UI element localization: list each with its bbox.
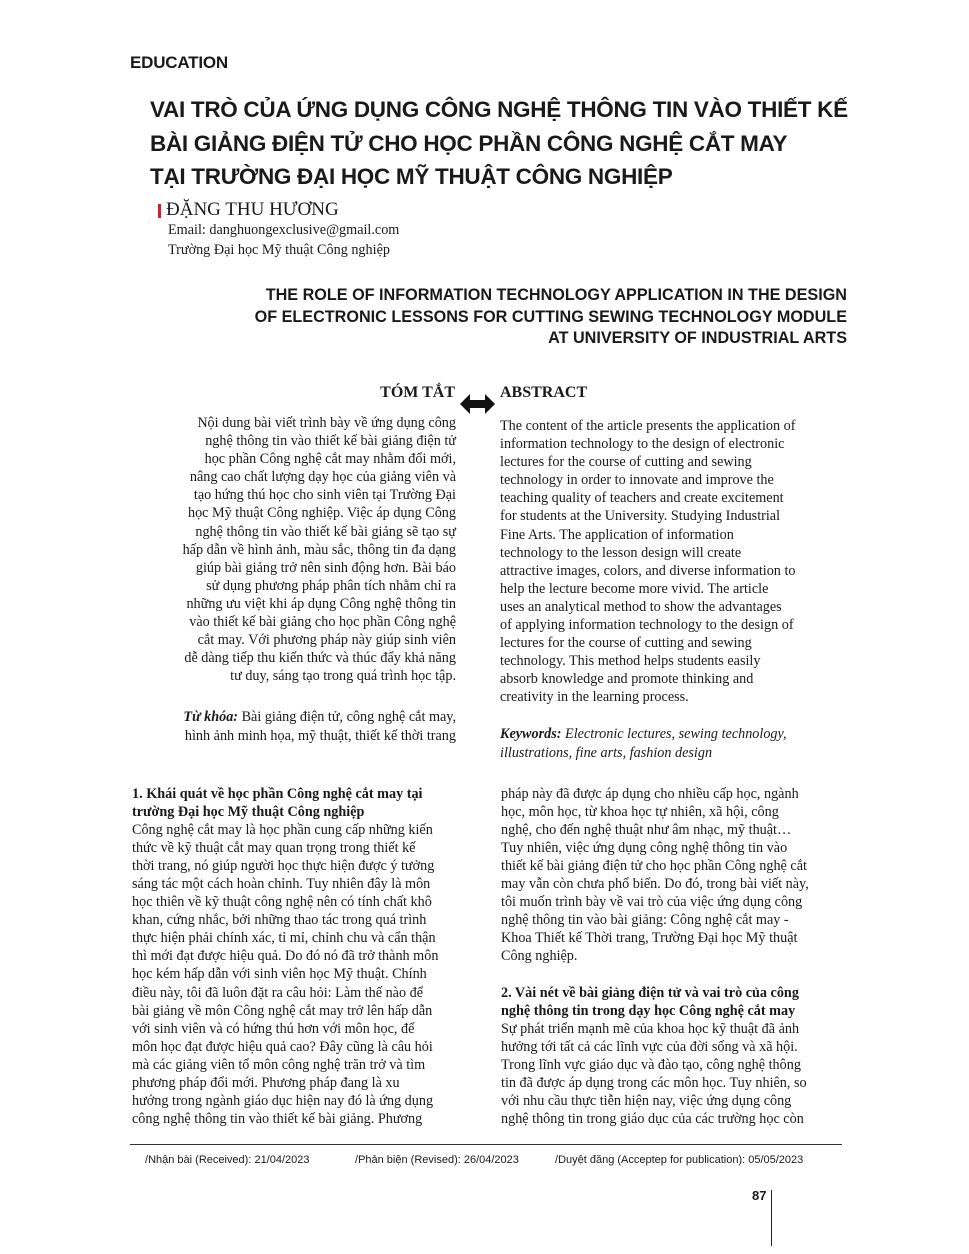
title-line: THE ROLE OF INFORMATION TECHNOLOGY APPLI… <box>147 285 847 307</box>
body-column-left: 1. Khái quát về học phần Công nghệ cắt m… <box>132 785 472 1128</box>
abstract-line: nâng cao chất lượng dạy học của giảng vi… <box>140 468 456 486</box>
author-accent-bar <box>158 204 161 218</box>
keywords-english: Keywords: Electronic lectures, sewing te… <box>500 725 845 763</box>
abstract-line: absorb knowledge and promote thinking an… <box>500 670 845 688</box>
section-heading: nghệ thông tin trong dạy học Công nghệ c… <box>501 1002 841 1020</box>
title-line: BÀI GIẢNG ĐIỆN TỬ CHO HỌC PHẦN CÔNG NGHỆ… <box>150 127 870 161</box>
abstract-line: help the lecture become more vivid. The … <box>500 580 845 598</box>
body-line: may vẫn còn chưa phổ biến. Do đó, trong … <box>501 875 841 893</box>
abstract-line: học phần Công nghệ cắt may nhằm đổi mới, <box>140 450 456 468</box>
abstract-line: of applying information technology to th… <box>500 616 845 634</box>
received-date: /Nhận bài (Received): 21/04/2023 <box>145 1154 310 1166</box>
abstract-line: sử dụng phương pháp phân tích nhằm chỉ r… <box>140 577 456 595</box>
body-line: môn học đạt được hiệu quả cao? Đây cũng … <box>132 1038 472 1056</box>
section-label: EDUCATION <box>130 53 228 73</box>
body-line: thực hiện phải chính xác, tỉ mỉ, chỉnh c… <box>132 929 472 947</box>
abstract-line: nghệ thông tin vào thiết kế bài giảng sẽ… <box>140 523 456 541</box>
body-column-right: pháp này đã được áp dụng cho nhiều cấp h… <box>501 785 841 965</box>
keywords-text: Electronic lectures, sewing technology, <box>561 726 786 742</box>
title-line: VAI TRÒ CỦA ỨNG DỤNG CÔNG NGHỆ THÔNG TIN… <box>150 93 870 127</box>
title-line: OF ELECTRONIC LESSONS FOR CUTTING SEWING… <box>147 307 847 329</box>
received-text: Nhận bài (Received): 21/04/2023 <box>148 1154 309 1166</box>
body-line: thức về kỹ thuật cắt may quan trọng tron… <box>132 839 472 857</box>
body-line: Công nghiệp. <box>501 947 841 965</box>
abstract-line: The content of the article presents the … <box>500 417 845 435</box>
footer-divider <box>130 1144 842 1145</box>
abstract-line: technology in order to innovate and impr… <box>500 471 845 489</box>
section-2: 2. Vài nét về bài giảng điện tử và vai t… <box>501 984 841 1128</box>
abstract-line: creativity in the learning process. <box>500 688 845 706</box>
body-line: học thiên về kỹ thuật công nghệ nên có t… <box>132 893 472 911</box>
abstract-line: nghệ thông tin vào thiết kế bài giảng đi… <box>140 432 456 450</box>
body-line: Sự phát triển mạnh mẽ của khoa học kỹ th… <box>501 1020 841 1038</box>
section-heading: 1. Khái quát về học phần Công nghệ cắt m… <box>132 785 472 803</box>
body-line: sáng tác một cách hoàn chỉnh. Tuy nhiên … <box>132 875 472 893</box>
abstract-line: giúp bài giảng trở nên sinh động hơn. Bà… <box>140 559 456 577</box>
abstract-heading-english: ABSTRACT <box>500 384 587 402</box>
abstract-line: dễ dàng tiếp thu kiến thức và thúc đẩy k… <box>140 649 456 667</box>
keywords-vietnamese: Từ khóa: Bài giảng điện tử, công nghệ cắ… <box>140 708 456 746</box>
section-heading: 2. Vài nét về bài giảng điện tử và vai t… <box>501 984 841 1002</box>
author-name: ĐẶNG THU HƯƠNG <box>166 199 399 221</box>
keywords-label: Từ khóa: <box>183 709 238 725</box>
body-line: Trong lĩnh vực giáo dục và đào tạo, công… <box>501 1056 841 1074</box>
body-line: điều này, tôi đã luôn đặt ra câu hỏi: Là… <box>132 984 472 1002</box>
body-line: hưởng tới tất cả các lĩnh vực của đời số… <box>501 1038 841 1056</box>
body-line: hướng trong ngành giáo dục hiện nay đó l… <box>132 1092 472 1110</box>
abstract-line: attractive images, colors, and diverse i… <box>500 562 845 580</box>
page-number-rule <box>771 1190 772 1246</box>
body-line: mà các giảng viên tổ môn công nghệ trăn … <box>132 1056 472 1074</box>
body-line: với sinh viên và có hứng thú hơn với môn… <box>132 1020 472 1038</box>
abstract-line: lectures for the course of cutting and s… <box>500 453 845 471</box>
keywords-text: hình ảnh minh họa, mỹ thuật, thiết kế th… <box>140 727 456 746</box>
body-line: Tuy nhiên, việc ứng dụng công nghệ thông… <box>501 839 841 857</box>
body-line: nghệ thông tin vào bài giảng: Công nghệ … <box>501 911 841 929</box>
body-line: nghệ, cho đến nghệ thuật như âm nhạc, mỹ… <box>501 821 841 839</box>
author-block: ĐẶNG THU HƯƠNG Email: danghuongexclusive… <box>158 199 399 260</box>
abstract-line: uses an analytical method to show the ad… <box>500 598 845 616</box>
abstract-vietnamese: Nội dung bài viết trình bày về ứng dụng … <box>140 414 456 685</box>
abstract-line: học Mỹ thuật Công nghiệp. Việc áp dụng C… <box>140 504 456 522</box>
revised-date: /Phản biện (Revised): 26/04/2023 <box>355 1154 519 1166</box>
abstract-line: tư duy, sáng tạo trong quá trình học tập… <box>140 667 456 685</box>
abstract-line: Fine Arts. The application of informatio… <box>500 526 845 544</box>
keywords-text: Bài giảng điện tử, công nghệ cắt may, <box>238 709 456 725</box>
keywords-text: illustrations, fine arts, fashion design <box>500 744 845 763</box>
abstract-line: technology. This method helps students e… <box>500 652 845 670</box>
title-line: TẠI TRƯỜNG ĐẠI HỌC MỸ THUẬT CÔNG NGHIỆP <box>150 160 870 194</box>
body-line: công nghệ thông tin vào thiết kế bài giả… <box>132 1110 472 1128</box>
body-line: thiết kế bài giảng điện tử cho học phần … <box>501 857 841 875</box>
body-line: học, môn học, từ khoa học tự nhiên, xã h… <box>501 803 841 821</box>
abstract-line: technology to the lesson design will cre… <box>500 544 845 562</box>
accepted-date: /Duyệt đăng (Acceptep for publication): … <box>555 1154 803 1166</box>
abstract-line: information technology to the design of … <box>500 435 845 453</box>
abstract-line: for students at the University. Studying… <box>500 507 845 525</box>
accepted-text: Duyệt đăng (Acceptep for publication): 0… <box>558 1154 803 1166</box>
body-line: tin đã được áp dụng trong các môn học. T… <box>501 1074 841 1092</box>
abstract-line: tạo hứng thú học cho sinh viên tại Trườn… <box>140 486 456 504</box>
body-line: học kém hấp dẫn với sinh viên học Mỹ thu… <box>132 965 472 983</box>
body-line: khan, cứng nhắc, bởi những thao tác tron… <box>132 911 472 929</box>
double-arrow-icon <box>460 393 495 415</box>
body-line: tôi muốn trình bày về vai trò của việc ứ… <box>501 893 841 911</box>
body-line: với nhu cầu thực tiễn hiện nay, việc ứng… <box>501 1092 841 1110</box>
abstract-heading-vietnamese: TÓM TẮT <box>380 384 455 402</box>
abstract-line: những ưu việt khi áp dụng Công nghệ thôn… <box>140 595 456 613</box>
abstract-line: lectures for the course of cutting and s… <box>500 634 845 652</box>
abstract-english: The content of the article presents the … <box>500 417 845 707</box>
section-heading: trường Đại học Mỹ thuật Công nghiệp <box>132 803 472 821</box>
abstract-line: cắt may. Với phương pháp này giúp sinh v… <box>140 631 456 649</box>
body-line: bài giảng về môn Công nghệ cắt may trở l… <box>132 1002 472 1020</box>
body-line: thời trang, nó giúp người học thực hiện … <box>132 857 472 875</box>
abstract-line: Nội dung bài viết trình bày về ứng dụng … <box>140 414 456 432</box>
body-line: thì mới đạt được hiệu quả. Do đó nó đã t… <box>132 947 472 965</box>
body-line: Khoa Thiết kế Thời trang, Trường Đại học… <box>501 929 841 947</box>
title-line: AT UNIVERSITY OF INDUSTRIAL ARTS <box>147 328 847 350</box>
body-line: nghệ thông tin trong giáo dục của các tr… <box>501 1110 841 1128</box>
body-line: phương pháp đổi mới. Phương pháp đang là… <box>132 1074 472 1092</box>
abstract-line: vào thiết kế bài giảng cho học phần Công… <box>140 613 456 631</box>
abstract-line: teaching quality of teachers and create … <box>500 489 845 507</box>
article-title-vietnamese: VAI TRÒ CỦA ỨNG DỤNG CÔNG NGHỆ THÔNG TIN… <box>150 93 870 194</box>
author-affiliation: Trường Đại học Mỹ thuật Công nghiệp <box>168 241 399 261</box>
body-line: pháp này đã được áp dụng cho nhiều cấp h… <box>501 785 841 803</box>
keywords-label: Keywords: <box>500 726 561 742</box>
page-number: 87 <box>752 1188 766 1203</box>
abstract-line: hấp dẫn về hình ảnh, màu sắc, thông tin … <box>140 541 456 559</box>
article-title-english: THE ROLE OF INFORMATION TECHNOLOGY APPLI… <box>147 285 847 350</box>
revised-text: Phản biện (Revised): 26/04/2023 <box>358 1154 519 1166</box>
body-line: Công nghệ cắt may là học phần cung cấp n… <box>132 821 472 839</box>
author-email: Email: danghuongexclusive@gmail.com <box>168 221 399 241</box>
